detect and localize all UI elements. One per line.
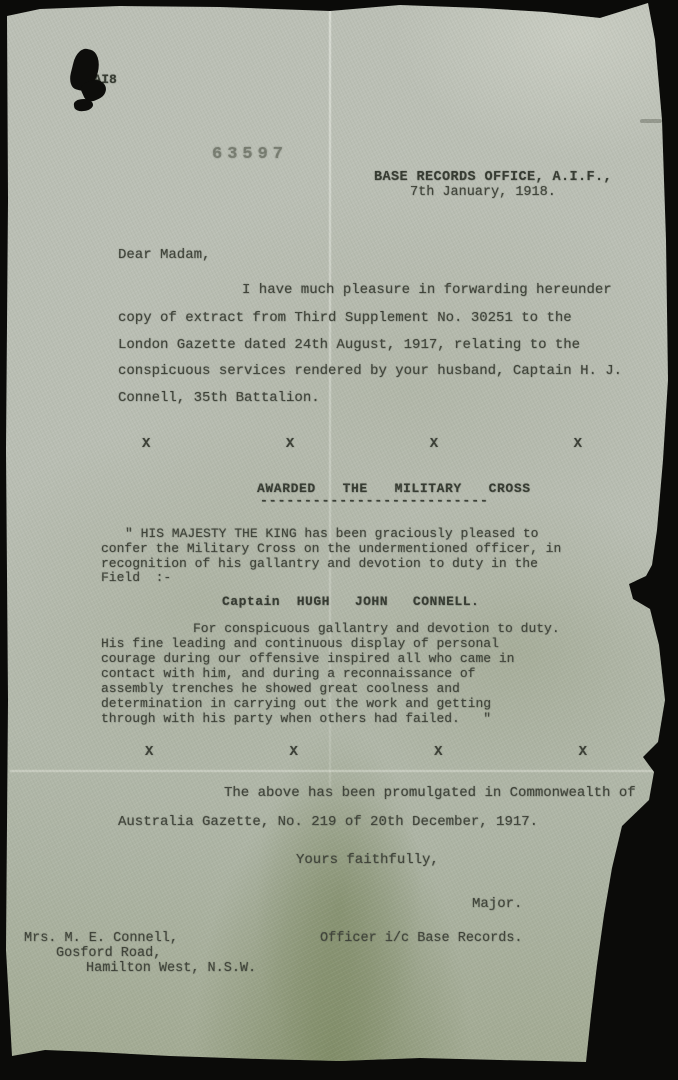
section-separator: X X X X (145, 744, 587, 760)
x-mark: X (434, 744, 442, 760)
promulgation-line: Australia Gazette, No. 219 of 20th Decem… (118, 814, 538, 830)
citation-line: contact with him, and during a reconnais… (101, 666, 475, 681)
addressee-line: Mrs. M. E. Connell, (24, 931, 178, 946)
opening-paragraph-line: copy of extract from Third Supplement No… (118, 310, 572, 326)
promulgation-line: The above has been promulgated in Common… (224, 785, 636, 801)
registration-number-stamp: 63597 (212, 145, 288, 164)
x-mark: X (430, 436, 438, 452)
royal-preamble-line: " HIS MAJESTY THE KING has been gracious… (125, 526, 538, 541)
royal-preamble-line: confer the Military Cross on the underme… (101, 541, 561, 556)
section-separator: X X X X (142, 436, 582, 452)
valediction: Yours faithfully, (296, 852, 439, 868)
letterhead-office: BASE RECORDS OFFICE, A.I.F., (374, 170, 612, 185)
opening-paragraph-line: conspicuous services rendered by your hu… (118, 363, 622, 379)
pencil-mark (640, 119, 662, 123)
citation-line: His fine leading and continuous display … (101, 636, 499, 651)
letterhead-date: 7th January, 1918. (410, 185, 556, 200)
addressee-line: Hamilton West, N.S.W. (86, 961, 256, 976)
royal-preamble-line: recognition of his gallantry and devotio… (101, 556, 538, 571)
citation-line: determination in carrying out the work a… (101, 696, 491, 711)
royal-preamble-line: Field :- (101, 570, 171, 585)
addressee-line: Gosford Road, (56, 946, 161, 961)
opening-paragraph-line: I have much pleasure in forwarding hereu… (242, 282, 612, 298)
x-mark: X (579, 744, 587, 760)
paper-tear-hole (73, 98, 93, 113)
citation-line: For conspicuous gallantry and devotion t… (193, 621, 560, 636)
salutation: Dear Madam, (118, 247, 210, 263)
x-mark: X (142, 436, 150, 452)
opening-paragraph-line: London Gazette dated 24th August, 1917, … (118, 337, 580, 353)
x-mark: X (286, 436, 294, 452)
letter-paper: 12/AI8 63597 BASE RECORDS OFFICE, A.I.F.… (0, 0, 678, 1080)
citation-line: assembly trenches he showed great coolne… (101, 681, 460, 696)
opening-paragraph-line: Connell, 35th Battalion. (118, 390, 320, 406)
citation-line: courage during our offensive inspired al… (101, 651, 514, 666)
x-mark: X (574, 436, 582, 452)
officer-name: Captain HUGH JOHN CONNELL. (222, 594, 479, 609)
scanned-letter: 12/AI8 63597 BASE RECORDS OFFICE, A.I.F.… (0, 0, 678, 1080)
x-mark: X (290, 744, 298, 760)
award-heading-underline: -------------------------- (260, 493, 489, 508)
citation-line: through with his party when others had f… (101, 711, 491, 726)
signature-rank: Major. (472, 896, 522, 912)
x-mark: X (145, 744, 153, 760)
signature-title: Officer i/c Base Records. (320, 931, 523, 946)
horizontal-fold-crease (10, 770, 655, 772)
